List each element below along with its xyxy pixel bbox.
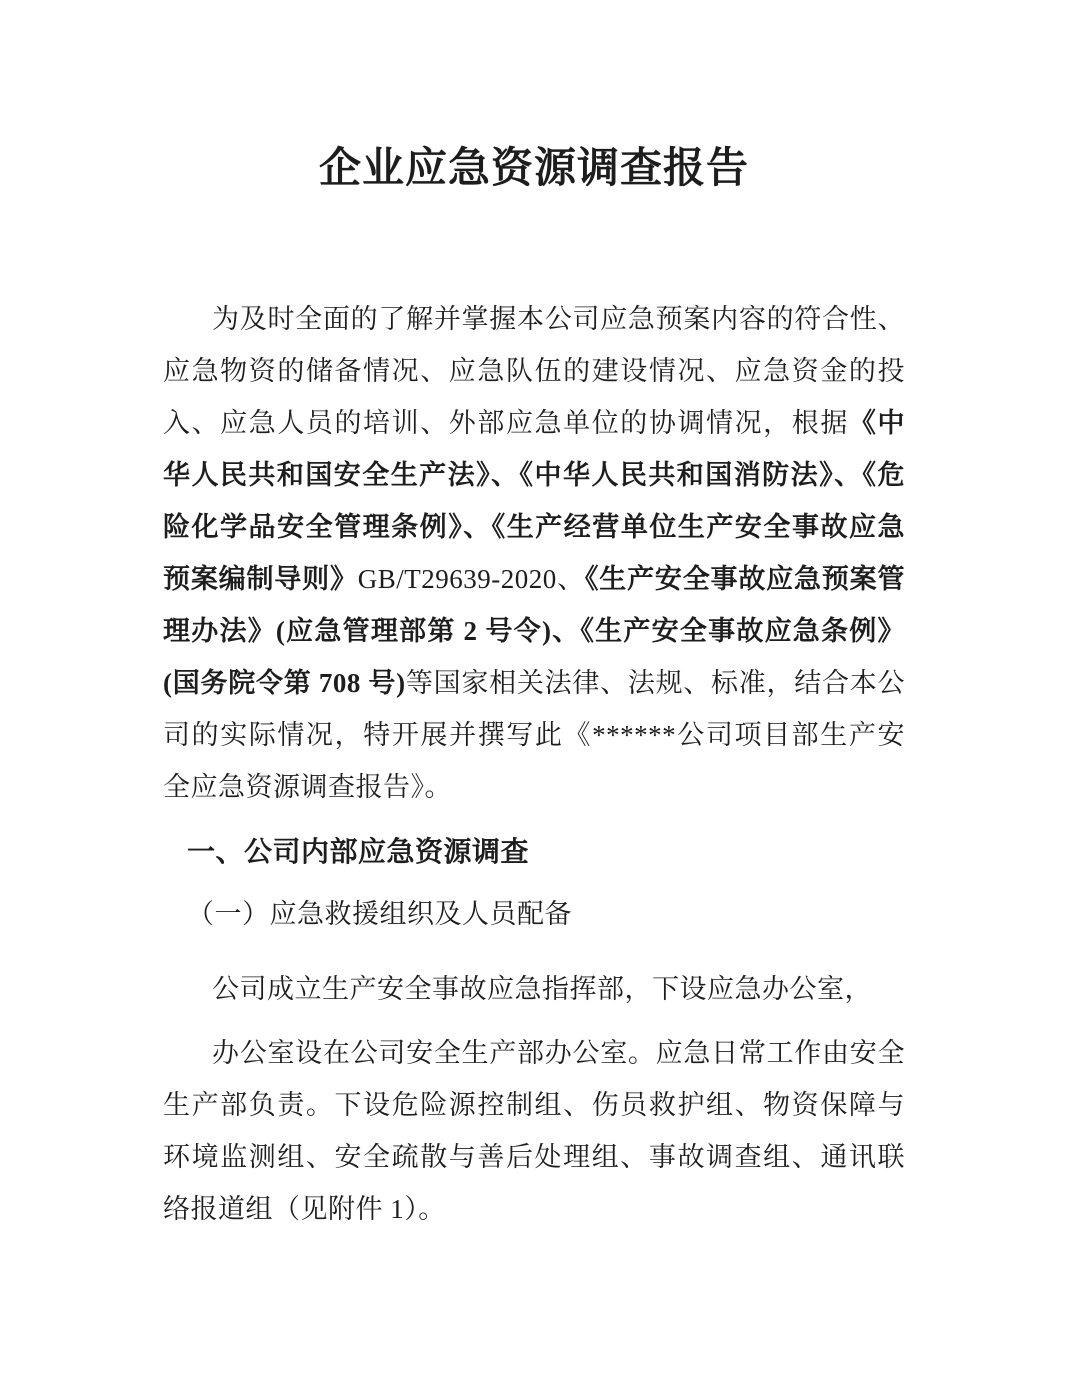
intro-paragraph: 为及时全面的了解并掌握本公司应急预案内容的符合性、应急物资的储备情况、应急队伍的… — [163, 293, 905, 813]
page-content: 企业应急资源调查报告 为及时全面的了解并掌握本公司应急预案内容的符合性、应急物资… — [0, 0, 1080, 1235]
section-1-heading: 一、公司内部应急资源调查 — [163, 827, 905, 879]
document-page: 企业应急资源调查报告 为及时全面的了解并掌握本公司应急预案内容的符合性、应急物资… — [0, 0, 1080, 1397]
paragraph-command-center: 公司成立生产安全事故应急指挥部，下设应急办公室， — [163, 963, 905, 1015]
document-title: 企业应急资源调查报告 — [163, 0, 905, 197]
paragraph-office-and-groups: 办公室设在公司安全生产部办公室。应急日常工作由安全生产部负责。下设危险源控制组、… — [163, 1027, 905, 1235]
subsection-1-1-heading: （一）应急救援组织及人员配备 — [163, 888, 905, 940]
